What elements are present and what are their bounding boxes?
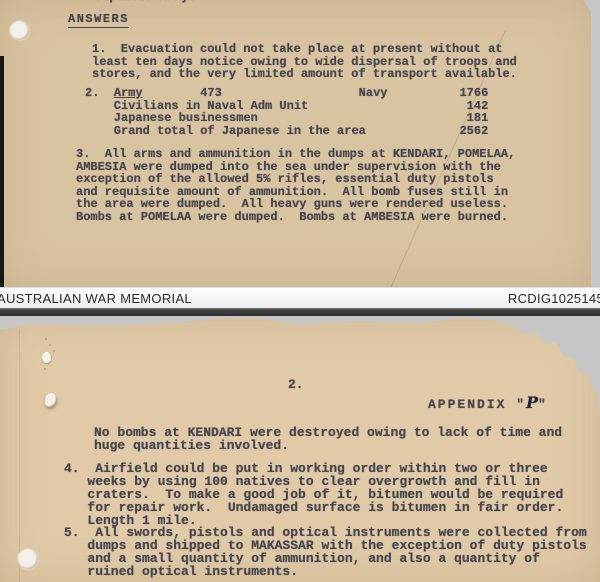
item-number: 2.	[85, 86, 114, 100]
archive-banner: AUSTRALIAN WAR MEMORIAL RCDIG1025145	[0, 287, 600, 308]
top-page-section: Japanese Army. ANSWERS 1. Evacuation cou…	[0, 0, 600, 287]
personnel-count-row: 2. Army 473 Navy 1766	[85, 87, 488, 100]
punch-hole	[18, 549, 38, 569]
typewritten-line: stores, and the very limited amount of t…	[92, 68, 517, 81]
appendix-label: APPENDIX "P"	[428, 396, 548, 411]
answers-heading: ANSWERS	[68, 13, 129, 28]
answer-item-4: 4. Airfield could be put in working orde…	[64, 462, 563, 527]
paper-blemish	[44, 368, 46, 370]
personnel-count-row: Japanese businessmen 181	[85, 112, 488, 125]
appendix-close-quote: "	[538, 397, 548, 412]
answer-item-2: 2. Army 473 Navy 1766 Civilians in Naval…	[85, 87, 488, 137]
punch-hole	[10, 21, 29, 40]
appendix-text: APPENDIX "	[428, 397, 526, 412]
typewritten-line: 1. Evacuation could not take place at pr…	[92, 43, 517, 56]
tear-hole	[44, 392, 57, 408]
appendix-letter-handwritten: P	[526, 393, 538, 412]
page-number: 2.	[288, 378, 304, 391]
typewritten-line: exception of the allowed 5% rifles, esse…	[76, 173, 515, 186]
no-bombs-paragraph: No bombs at KENDARI were destroyed owing…	[94, 426, 562, 452]
army-navy-counts: 473 Navy 1766	[143, 86, 489, 100]
paper-crease	[19, 330, 20, 582]
banner-divider-bar	[0, 308, 600, 316]
bottom-document-page: 2. APPENDIX "P" No bombs at KENDARI were…	[0, 316, 600, 582]
top-document-page: Japanese Army. ANSWERS 1. Evacuation cou…	[0, 0, 591, 287]
typewritten-line: Bombs at POMELAA were dumped. Bombs at A…	[76, 211, 515, 224]
clipped-typewritten-line: Japanese Army.	[95, 0, 196, 4]
answer-item-1: 1. Evacuation could not take place at pr…	[92, 43, 517, 81]
document-scan-viewer: Japanese Army. ANSWERS 1. Evacuation cou…	[0, 0, 600, 582]
typewritten-line: the area were dumped. All heavy guns wer…	[76, 198, 515, 211]
typewritten-line: huge quantities involved.	[94, 439, 562, 452]
army-label: Army	[114, 86, 143, 100]
answer-item-3: 3. All arms and ammunition in the dumps …	[76, 148, 515, 223]
bottom-page-section: 2. APPENDIX "P" No bombs at KENDARI were…	[0, 316, 600, 582]
archive-name-label: AUSTRALIAN WAR MEMORIAL	[0, 291, 192, 306]
small-tear-hole	[41, 351, 53, 364]
personnel-count-row: Grand total of Japanese in the area 2562	[85, 125, 488, 138]
paper-blemish	[53, 350, 55, 352]
document-id-label: RCDIG1025145	[508, 291, 600, 306]
typewritten-line: 3. All arms and ammunition in the dumps …	[76, 148, 515, 161]
paper-blemish	[49, 344, 51, 346]
answer-item-5: 5. All swords, pistols and optical instr…	[64, 526, 587, 578]
paper-blemish	[45, 338, 47, 340]
typewritten-line: ruined optical instruments.	[64, 565, 587, 578]
scan-edge-shadow	[0, 56, 4, 287]
